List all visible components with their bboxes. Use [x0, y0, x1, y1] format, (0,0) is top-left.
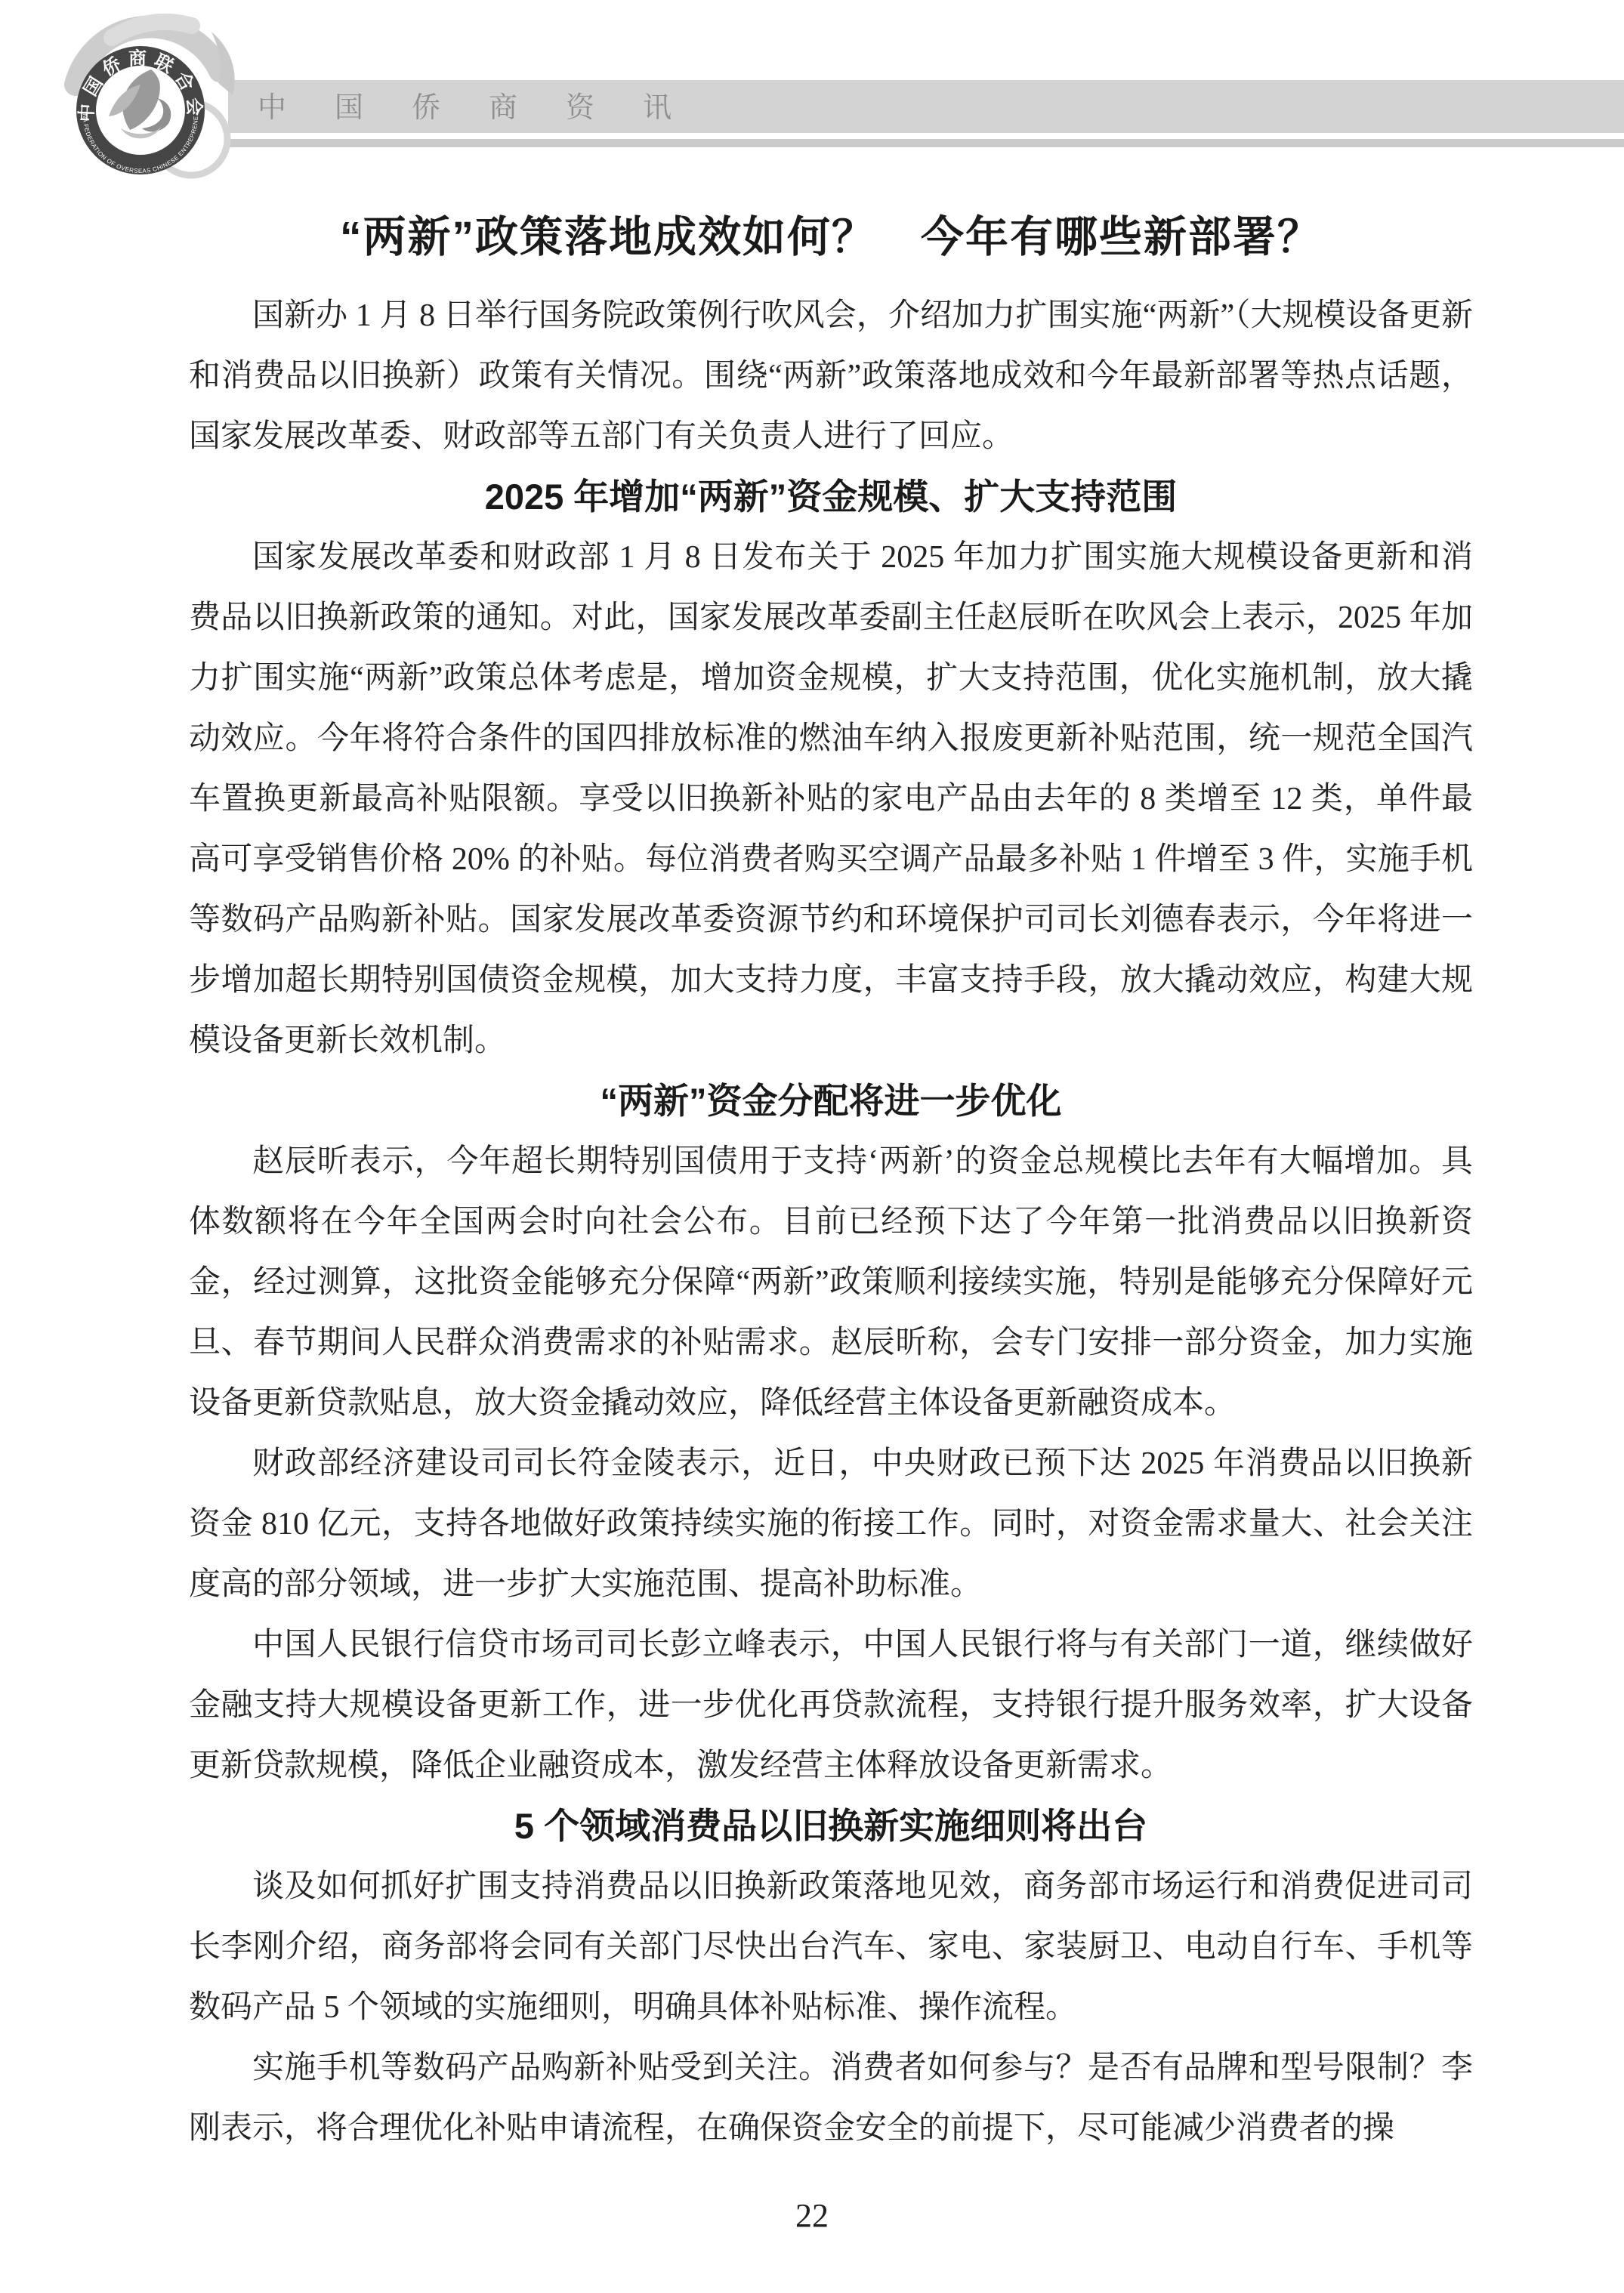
article: “两新”政策落地成效如何？ 今年有哪些新部署？ 国新办 1 月 8 日举行国务院…	[189, 202, 1473, 2159]
article-title: “两新”政策落地成效如何？ 今年有哪些新部署？	[189, 202, 1473, 272]
section-heading: 2025 年增加“两新”资金规模、扩大支持范围	[189, 467, 1473, 527]
header-banner-title: 中国侨商资讯	[258, 91, 720, 125]
article-paragraph: 国新办 1 月 8 日举行国务院政策例行吹风会，介绍加力扩围实施“两新”（大规模…	[189, 285, 1473, 467]
article-paragraph: 赵辰昕表示，今年超长期特别国债用于支持‘两新’的资金总规模比去年有大幅增加。具体…	[189, 1131, 1473, 1434]
page-number: 22	[0, 2196, 1624, 2235]
section-heading: “两新”资金分配将进一步优化	[189, 1071, 1473, 1131]
org-logo-icon: 中国侨商联合会 CHINA FEDERATION OF OVERSEAS CHI…	[36, 9, 270, 190]
page: 中国侨商资讯 中国侨商联合会 CHINA FEDERATION OF OVERS…	[0, 0, 1624, 2293]
article-paragraph: 财政部经济建设司司长符金陵表示，近日，中央财政已预下达 2025 年消费品以旧换…	[189, 1434, 1473, 1615]
header-band-underline	[228, 139, 1624, 147]
article-paragraph: 谈及如何抓好扩围支持消费品以旧换新政策落地见效，商务部市场运行和消费促进司司长李…	[189, 1856, 1473, 2038]
article-paragraph: 中国人民银行信贷市场司司长彭立峰表示，中国人民银行将与有关部门一道，继续做好金融…	[189, 1615, 1473, 1796]
article-paragraph: 国家发展改革委和财政部 1 月 8 日发布关于 2025 年加力扩围实施大规模设…	[189, 527, 1473, 1071]
section-heading: 5 个领域消费品以旧换新实施细则将出台	[189, 1796, 1473, 1856]
article-paragraph: 实施手机等数码产品购新补贴受到关注。消费者如何参与？是否有品牌和型号限制？李刚表…	[189, 2038, 1473, 2159]
